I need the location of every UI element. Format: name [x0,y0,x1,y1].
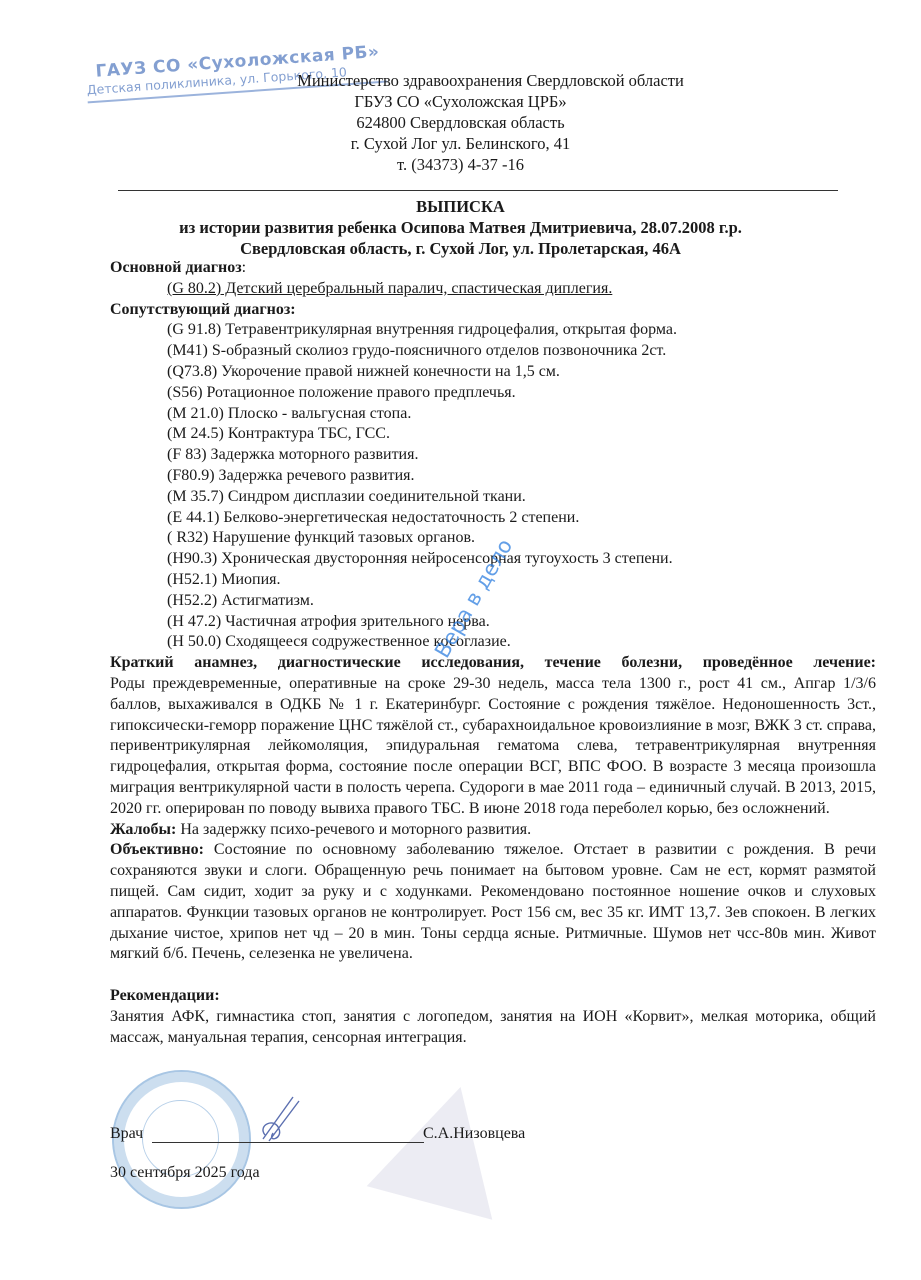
objective-text: Состояние по основному заболеванию тяжел… [110,841,876,962]
complaints-text: На задержку психо-речевого и моторного р… [180,821,531,838]
recommendations-section: Рекомендации: Занятия АФК, гимнастика ст… [110,986,876,1048]
patient-address: Свердловская область, г. Сухой Лог, ул. … [0,238,921,259]
diagnosis-item: (H52.2) Астигматизм. [167,591,876,612]
diagnosis-item: (М 24.5) Контрактура ТБС, ГСС. [167,424,876,445]
document-title: ВЫПИСКА [0,196,921,217]
anamnesis-text: Роды преждевременные, оперативные на сро… [110,675,876,817]
doctor-role-label: Врач [110,1125,143,1143]
diagnosis-item: (S56) Ротационное положение правого пред… [167,383,876,404]
diagnosis-item: (М 35.7) Синдром дисплазии соединительно… [167,487,876,508]
document-date: 30 сентября 2025 года [110,1164,260,1182]
diagnosis-item: (H90.3) Хроническая двусторонняя нейросе… [167,549,876,570]
concomitant-diagnosis-label: Сопутствующий диагноз: [110,300,876,321]
recommendations-label: Рекомендации: [110,986,876,1007]
letterhead-institution: ГБУЗ СО «Сухоложская ЦРБ» [0,91,921,112]
diagnosis-item: (G 91.8) Тетравентрикулярная внутренняя … [167,320,876,341]
objective-section: Объективно: Состояние по основному забол… [110,840,876,965]
diagnosis-item: (M41) S-образный сколиоз грудо-пояснично… [167,341,876,362]
doctor-name: С.А.Низовцева [423,1125,525,1143]
letterhead-postal: 624800 Свердловская область [0,112,921,133]
diagnosis-item: (H52.1) Миопия. [167,570,876,591]
main-diagnosis-label: Основной диагноз: [110,258,876,279]
complaints-label: Жалобы: [110,821,176,838]
diagnosis-item: (Е 44.1) Белково-энергетическая недостат… [167,508,876,529]
anamnesis-section: Краткий анамнез, диагностические исследо… [110,653,876,819]
medical-extract-page: ГАУЗ СО «Сухоложская РБ» Детская поликли… [0,0,921,1280]
diagnosis-item: (Q73.8) Укорочение правой нижней конечно… [167,362,876,383]
letterhead-phone: т. (34373) 4-37 -16 [0,154,921,175]
letterhead-ministry: Министерство здравоохранения Свердловско… [0,70,921,91]
diagnosis-item: (H 47.2) Частичная атрофия зрительного н… [167,612,876,633]
letterhead: Министерство здравоохранения Свердловско… [0,70,921,175]
signature-row: Врач С.А.Низовцева [110,1125,810,1149]
anamnesis-label: Краткий анамнез, диагностические исследо… [110,653,876,674]
letterhead-address: г. Сухой Лог ул. Белинского, 41 [0,133,921,154]
objective-label: Объективно: [110,841,204,858]
complaints-section: Жалобы: На задержку психо-речевого и мот… [110,820,876,841]
diagnosis-item: (H 50.0) Сходящееся содружественное косо… [167,632,876,653]
document-subtitle: из истории развития ребенка Осипова Матв… [0,217,921,238]
diagnosis-item: ( R32) Нарушение функций тазовых органов… [167,528,876,549]
main-diagnosis-value: (G 80.2) Детский церебральный паралич, с… [110,279,876,300]
diagnosis-item: (F80.9) Задержка речевого развития. [167,466,876,487]
section-spacer [110,965,876,986]
header-divider [118,190,838,191]
document-body: Основной диагноз: (G 80.2) Детский цереб… [110,258,876,1048]
diagnosis-item: (М 21.0) Плоско - вальгусная стопа. [167,404,876,425]
concomitant-diagnosis-list: (G 91.8) Тетравентрикулярная внутренняя … [110,320,876,653]
diagnosis-item: (F 83) Задержка моторного развития. [167,445,876,466]
recommendations-text: Занятия АФК, гимнастика стоп, занятия с … [110,1008,876,1046]
handwritten-signature-icon [255,1095,305,1145]
